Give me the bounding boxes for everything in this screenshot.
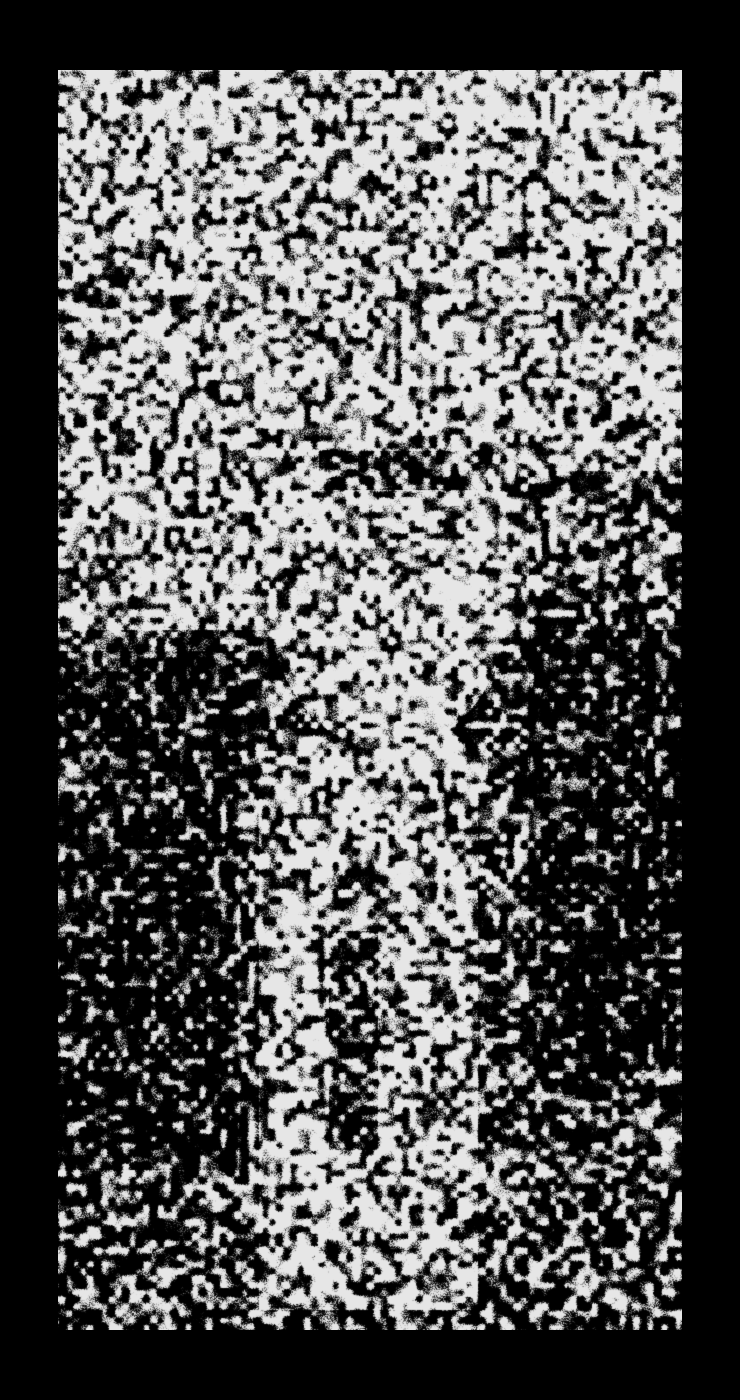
image-viewer: High-contrast, heavily noise-dithered gr… (0, 0, 740, 1400)
photo (58, 70, 682, 1330)
noisy-grayscale-photo (58, 70, 682, 1330)
